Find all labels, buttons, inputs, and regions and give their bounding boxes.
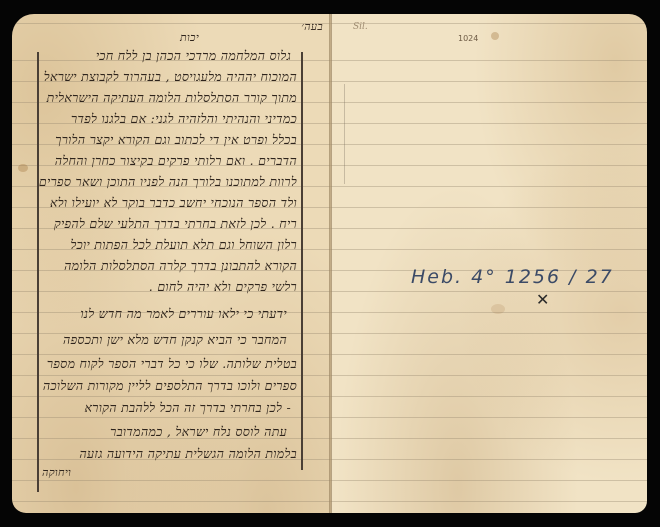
text-line: רלון השוחל וגם תלא תועלת לכל הפתות יוכל (70, 237, 297, 253)
text-line: ולד הספר הנוכחי יחשב כדבר בוקר לא יועילו… (50, 195, 297, 211)
text-line: מתוך קורר הסתלסלות הלומה העתיקה הישראלית (47, 90, 297, 106)
paper-stain (18, 164, 28, 172)
text-line: בטלית שלותה. שלו כי כל דברי הספר לקוח מס… (47, 356, 297, 372)
right-page: Sil. 1024 Heb. 4° 1256 / 27 ✕ (331, 14, 647, 513)
text-line: גלוס המלחמה מרדכי הכהן בן ללח חכי (96, 48, 291, 64)
book-spine (329, 14, 332, 513)
right-margin-line (301, 52, 303, 470)
text-line: המוכוח יההיה מלעגויסט , בעהרוד לקבוצת יש… (44, 69, 297, 85)
text-line: - לכן בחרתי בדרך זה הכל ללהבת הקורא (84, 400, 291, 416)
text-line: ריח . לכן לזאת בחרתי בדרך התלעי שלם להפי… (54, 216, 297, 232)
closing-word: ויחוקה (42, 466, 71, 479)
text-line: רלשי פרקים ולא יהיה לחום . (149, 279, 297, 295)
text-line: בכלל ופרט אין די לכתוב וגם הקורא יקצר הל… (55, 132, 297, 148)
text-line: לרוות למתוכנו בלורך הנה לפניו התוכן ושאר… (39, 174, 297, 190)
text-line: ידעתי כי ילאו עוררים לאמר מה חדש לנו (80, 306, 287, 322)
text-line: עתה לוסס נלח ישראל , כמהמדובר (110, 424, 287, 440)
corner-note: בעה׳ (301, 20, 323, 33)
paper-stain (491, 32, 499, 40)
text-line: המחבר כי הביא קנקן חדש מלא ישן ותכספה (63, 332, 287, 348)
text-line: בלמות הלומה הגשלית עתיקה הידועה גזעה (79, 446, 297, 462)
pencil-margin-line (344, 84, 345, 184)
ruled-lines (331, 14, 647, 513)
faint-pencil-number: 1024 (458, 34, 478, 43)
text-line: הדברים . ואם רלותי פרקים בקיצור כחרן והח… (55, 153, 297, 169)
paper-stain (491, 304, 505, 314)
library-shelfmark: Heb. 4° 1256 / 27 (411, 266, 614, 288)
cross-mark-icon: ✕ (536, 290, 549, 309)
faint-pencil-note: Sil. (353, 22, 368, 32)
left-margin-line (37, 52, 39, 492)
text-line: הקורא להתבונן בדרך קלרה הסתלסלות הלומה (64, 258, 297, 274)
text-line: ספרים ולוכו בדרך התלספים לליין מקורות הש… (43, 378, 297, 394)
text-line: כמדיני והנהיתי והלזהיה לגני: אם בלגנו לפ… (71, 111, 297, 127)
page-heading: יכות (180, 31, 199, 44)
notebook-spread: בעה׳ יכות גלוס המלחמה מרדכי הכהן בן ללח … (12, 14, 647, 513)
left-page: בעה׳ יכות גלוס המלחמה מרדכי הכהן בן ללח … (12, 14, 331, 513)
